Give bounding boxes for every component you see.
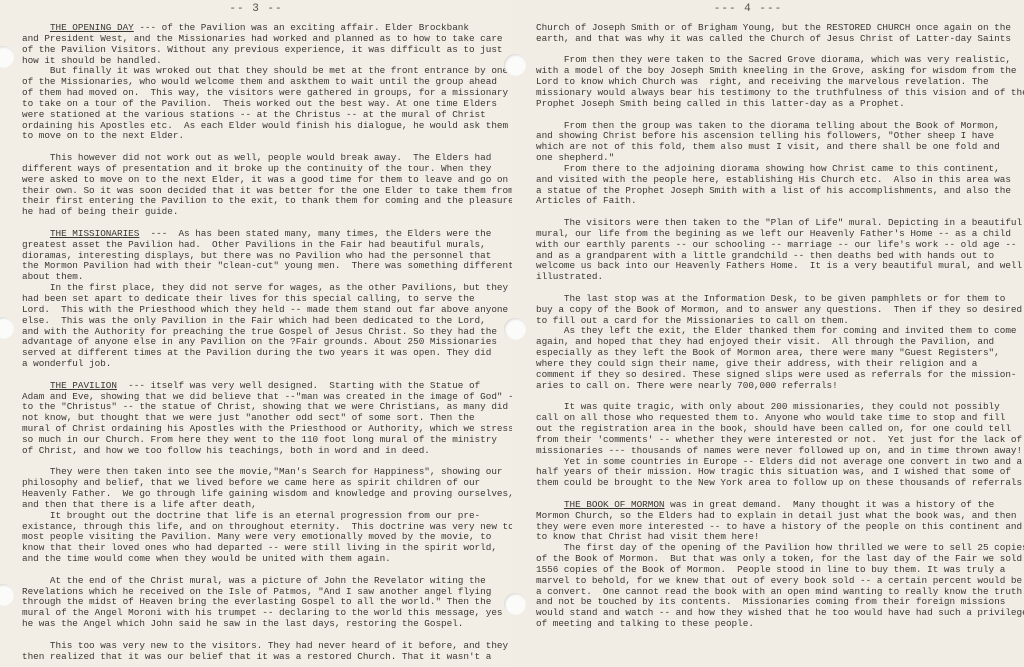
page-number: -- 3 -- [0, 3, 512, 15]
punch-hole-icon [0, 46, 14, 68]
text-line: he was the Angel which John said he saw … [22, 619, 514, 630]
text-line: Mormon Church, so the Elders had to expl… [536, 511, 1024, 522]
text-line: earth, and that was why it was called th… [536, 34, 1024, 45]
text-line: It brought out the doctrine that life is… [22, 511, 514, 522]
text-line: greatest asset the Pavilion had. Other P… [22, 240, 514, 251]
text-line: missionaries --- thousands of names were… [536, 446, 1024, 457]
text-line: illustrated. [536, 272, 1024, 283]
punch-hole-icon [504, 54, 526, 76]
punch-hole-icon [0, 584, 14, 606]
text-line: At the end of the Christ mural, was a pi… [22, 576, 514, 587]
document-spread: -- 3 -- THE OPENING DAY --- of the Pavil… [0, 0, 1024, 667]
text-line: Articles of Faith. [536, 196, 1024, 207]
text-line: welcome us back into our Heavenly Father… [536, 261, 1024, 272]
text-line: were stationed at the various stations -… [22, 110, 514, 121]
section-heading: THE OPENING DAY [50, 22, 134, 33]
page-number: --- 4 --- [492, 3, 1004, 15]
text-line: of Christ, and how we too follow his tea… [22, 446, 514, 457]
text-line: else. This was the only Pavilion in the … [22, 316, 514, 327]
text-line: the Mormon Pavilion had with their "clea… [22, 261, 514, 272]
text-line: of the Pavilion Visitors. Without any pr… [22, 45, 514, 56]
text-line: buy a copy of the Book of Mormon, and to… [536, 305, 1024, 316]
text-line: to move on to the next Elder. [22, 131, 514, 142]
text-line: of meeting and talking to these people. [536, 619, 1024, 630]
page-3: -- 3 -- THE OPENING DAY --- of the Pavil… [0, 0, 512, 667]
text-line: a wonderful job. [22, 359, 514, 370]
text-line: marvel to behold, for we knew that out o… [536, 576, 1024, 587]
text-line: with our earthly parents -- our schoolin… [536, 240, 1024, 251]
page-text: Church of Joseph Smith or of Brigham You… [536, 23, 1024, 630]
paragraph-gap [536, 110, 1024, 121]
section-heading: THE PAVILION [50, 380, 117, 391]
text-line: Prophet Joseph Smith being called in thi… [536, 99, 1024, 110]
page-text: THE OPENING DAY --- of the Pavilion was … [22, 23, 514, 663]
page-4: --- 4 --- Church of Joseph Smith or of B… [512, 0, 1024, 667]
punch-hole-icon [504, 593, 526, 615]
section-heading: THE BOOK OF MORMON [564, 499, 665, 510]
text-line: were asked to move on to the next Elder,… [22, 175, 514, 186]
text-line: aries to call on. There were nearly 700,… [536, 381, 1024, 392]
text-line: them could be brought to the New York ar… [536, 478, 1024, 489]
section-heading: THE MISSIONARIES [50, 228, 139, 239]
punch-hole-icon [504, 318, 526, 340]
text-line: and the time would come when they would … [22, 554, 514, 565]
text-line: THE PAVILION --- itself was very well de… [22, 381, 514, 392]
text-line: he had of being their guide. [22, 207, 514, 218]
punch-hole-icon [0, 317, 14, 339]
text-line: then realized that it was our belief tha… [22, 652, 514, 663]
text-line: and visited with the people here, establ… [536, 175, 1024, 186]
